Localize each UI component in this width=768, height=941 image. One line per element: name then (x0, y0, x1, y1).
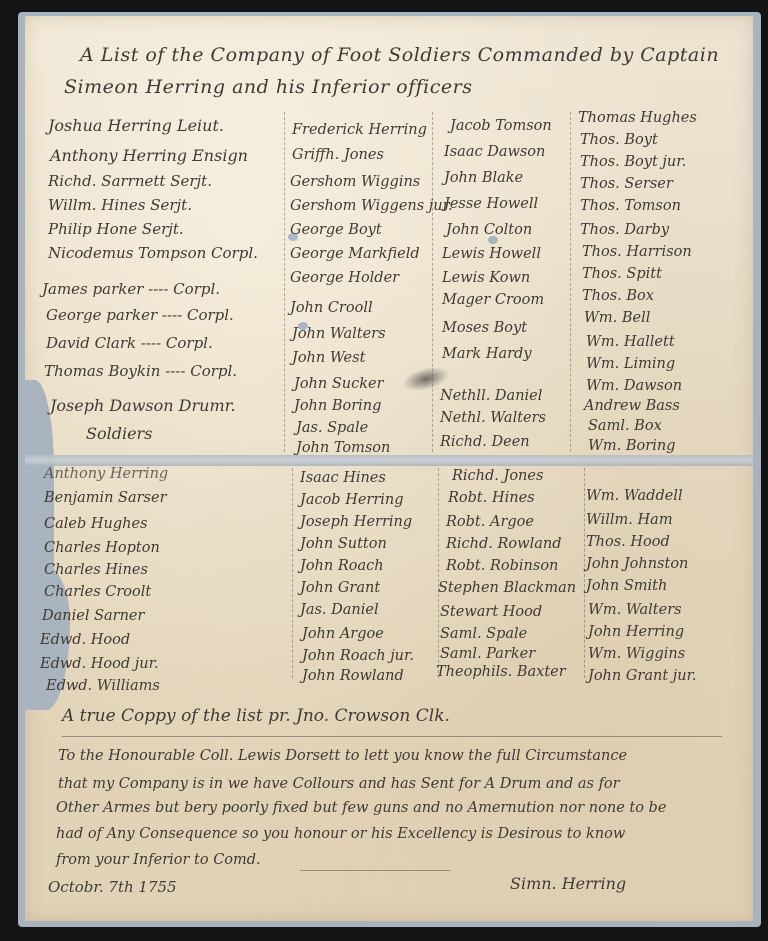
closing-flourish-line (300, 870, 450, 871)
soldier-entry: Willm. Ham (586, 512, 673, 528)
soldier-entry: John Smith (586, 578, 667, 594)
soldier-entry: Richd. Jones (452, 468, 543, 484)
soldier-entry: Jesse Howell (444, 196, 538, 212)
soldier-entry: Thos. Boyt jur. (580, 154, 686, 170)
fold-repair-strip (25, 455, 753, 466)
soldier-entry: Caleb Hughes (44, 516, 147, 532)
soldier-entry: Stephen Blackman (438, 580, 576, 596)
soldier-entry: John Walters (292, 326, 386, 342)
soldier-entry: Jacob Tomson (450, 118, 552, 134)
letter-line-3: Other Armes but bery poorly fixed but fe… (56, 800, 666, 816)
letter-line-2: that my Company is in we have Collours a… (58, 776, 620, 792)
officer-entry: James parker ---- Corpl. (42, 280, 220, 298)
soldier-entry: Robt. Robinson (446, 558, 558, 574)
soldier-entry: John Rowland (302, 668, 404, 684)
letter-line-5: from your Inferior to Comd. (56, 852, 261, 868)
document-date: Octobr. 7th 1755 (48, 878, 177, 896)
soldier-entry: Thos. Boyt (580, 132, 658, 148)
column-divider (584, 468, 585, 678)
soldier-entry: John Argoe (302, 626, 384, 642)
soldier-entry: Edwd. Hood (40, 632, 130, 648)
soldier-entry: Isaac Hines (300, 470, 386, 486)
soldier-entry: Saml. Parker (440, 646, 535, 662)
soldier-entry: Gershom Wiggins (290, 174, 420, 190)
soldier-entry: Thomas Hughes (578, 110, 697, 126)
document-heading-line-1: A List of the Company of Foot Soldiers C… (80, 44, 719, 66)
column-divider (570, 112, 571, 452)
soldier-entry: Wm. Walters (588, 602, 682, 618)
soldier-entry: Nethll. Daniel (440, 388, 542, 404)
officer-entry: Thomas Boykin ---- Corpl. (44, 362, 237, 380)
soldier-entry: Andrew Bass (584, 398, 680, 414)
soldier-entry: Thos. Box (582, 288, 654, 304)
soldier-entry: Jacob Herring (300, 492, 404, 508)
soldier-entry: Griffh. Jones (292, 147, 384, 163)
soldier-entry: George Markfield (290, 246, 420, 262)
column-divider (432, 112, 433, 452)
soldier-entry: Edwd. Hood jur. (40, 656, 159, 672)
soldier-entry: Wm. Bell (584, 310, 650, 326)
soldier-entry: Gershom Wiggens jur. (290, 198, 453, 214)
officer-entry: Richd. Sarrnett Serjt. (48, 172, 212, 190)
soldier-entry: John Sutton (300, 536, 387, 552)
soldier-entry: Mark Hardy (442, 346, 532, 362)
soldier-entry: Edwd. Williams (46, 678, 160, 694)
soldier-entry: Theophils. Baxter (436, 664, 566, 680)
soldier-entry: John Blake (444, 170, 523, 186)
soldier-entry: Anthony Herring (44, 466, 168, 482)
soldier-entry: Thos. Tomson (580, 198, 681, 214)
attestation-line: A true Coppy of the list pr. Jno. Crowso… (62, 706, 450, 726)
soldier-entry: Charles Croolt (44, 584, 151, 600)
soldier-entry: Charles Hopton (44, 540, 160, 556)
soldier-entry: George Holder (290, 270, 399, 286)
soldier-entry: Benjamin Sarser (44, 490, 167, 506)
soldier-entry: Moses Boyt (442, 320, 527, 336)
soldier-entry: Robt. Hines (448, 490, 535, 506)
soldier-entry: Thos. Darby (580, 222, 669, 238)
soldier-entry: Wm. Waddell (586, 488, 683, 504)
soldier-entry: Stewart Hood (440, 604, 542, 620)
soldier-entry: John Boring (294, 398, 381, 414)
soldier-entry: Thos. Harrison (582, 244, 692, 260)
soldier-entry: Saml. Box (588, 418, 662, 434)
soldier-entry: Frederick Herring (292, 122, 427, 138)
soldier-entry: Lewis Howell (442, 246, 541, 262)
soldier-entry: Wm. Boring (588, 438, 675, 454)
officer-entry: Joseph Dawson Drumr. (50, 396, 236, 415)
soldier-entry: John Grant jur. (588, 668, 697, 684)
soldier-entry: George Boyt (290, 222, 382, 238)
officer-entry: Joshua Herring Leiut. (48, 116, 224, 135)
soldier-entry: Richd. Rowland (446, 536, 561, 552)
soldier-entry: Thos. Serser (580, 176, 673, 192)
soldier-entry: Richd. Deen (440, 434, 530, 450)
soldier-entry: John Colton (446, 222, 532, 238)
soldier-entry: Saml. Spale (440, 626, 527, 642)
officer-entry: Nicodemus Tompson Corpl. (48, 244, 258, 262)
soldier-entry: Wm. Dawson (586, 378, 682, 394)
soldier-entry: John Herring (588, 624, 684, 640)
officer-entry: David Clark ---- Corpl. (46, 334, 213, 352)
officer-entry: Willm. Hines Serjt. (48, 196, 192, 214)
soldier-entry: John Johnston (586, 556, 688, 572)
soldier-entry: John West (292, 350, 365, 366)
soldier-entry: John Tomson (296, 440, 390, 456)
soldier-entry: Wm. Hallett (586, 334, 675, 350)
officer-entry: Anthony Herring Ensign (50, 146, 248, 165)
captain-signature: Simn. Herring (510, 874, 626, 893)
letter-line-1: To the Honourable Coll. Lewis Dorsett to… (58, 748, 627, 764)
soldier-entry: Mager Croom (442, 292, 544, 308)
officer-entry: George parker ---- Corpl. (46, 306, 234, 324)
soldier-entry: Charles Hines (44, 562, 148, 578)
soldier-entry: Nethl. Walters (440, 410, 546, 426)
soldier-entry: Thos. Spitt (582, 266, 662, 282)
column-divider (438, 468, 439, 678)
soldier-entry: Daniel Sarner (42, 608, 144, 624)
soldier-entry: Jas. Daniel (300, 602, 379, 618)
soldier-entry: Lewis Kown (442, 270, 530, 286)
soldier-entry: Robt. Argoe (446, 514, 534, 530)
soldier-entry: John Grant (300, 580, 380, 596)
soldier-entry: Isaac Dawson (444, 144, 545, 160)
officer-entry: Philip Hone Serjt. (48, 220, 184, 238)
soldier-entry: Thos. Hood (586, 534, 670, 550)
attestation-underline (62, 736, 722, 737)
soldier-entry: Joseph Herring (300, 514, 412, 530)
column-divider (292, 468, 293, 678)
column-divider (284, 112, 285, 452)
soldier-entry: John Crooll (290, 300, 373, 316)
soldier-entry: Jas. Spale (296, 420, 368, 436)
soldier-entry: John Roach (300, 558, 384, 574)
soldier-entry: Wm. Liming (586, 356, 675, 372)
soldiers-label: Soldiers (86, 424, 152, 443)
soldier-entry: John Sucker (294, 376, 384, 392)
soldier-entry: John Roach jur. (302, 648, 414, 664)
soldier-entry: Wm. Wiggins (588, 646, 685, 662)
document-heading-line-2: Simeon Herring and his Inferior officers (64, 76, 472, 98)
letter-line-4: had of Any Consequence so you honour or … (56, 826, 625, 842)
